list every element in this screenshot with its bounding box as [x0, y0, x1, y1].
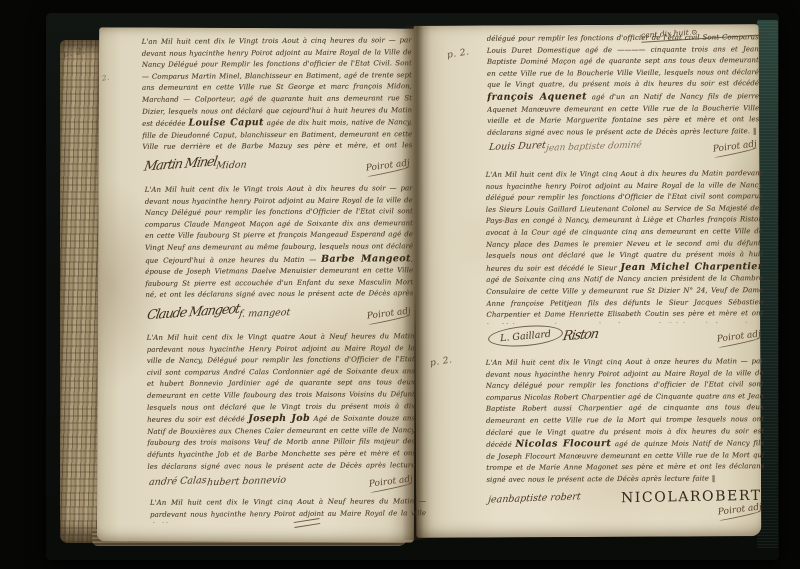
deceased-name: françois Aquenet [487, 91, 587, 103]
signature: jean baptiste dominé [545, 141, 642, 154]
entry-text-run: L'An Mil huit cent dix le Vingt cinq Aou… [150, 497, 426, 523]
deceased-name: Jean Michel Charpentier [620, 261, 763, 273]
entry-text-run: L'An Mil huit cent dix le Vingt cinq Aou… [486, 357, 764, 449]
entry-text: L'an Mil huit cent dix le Vingt trois Ao… [142, 35, 413, 155]
entry-text: L'An Mil huit cent dix le Vingt cinq Aou… [486, 356, 765, 486]
entry-text-run: L'an Mil huit cent dix le Vingt trois Ao… [142, 36, 412, 128]
entry-text-run: L'An Mil huit cent dix le Vingt quatre A… [147, 332, 415, 424]
death-record-entry: L'An Mil huit cent dix le Vingt cinq Aou… [486, 169, 763, 346]
deceased-name: Joseph Job [248, 413, 310, 424]
signature: L. Gaillard [487, 323, 563, 349]
signature-row: L. GaillardRistonPoirot adj [486, 326, 763, 346]
death-record-entry: L'An Mil huit cent dix le Vingt quatre A… [147, 332, 415, 489]
entry-text: L'An Mil huit cent dix le Vingt cinq Aou… [486, 168, 764, 324]
death-record-entry: délégué pour remplir les fonctions d'off… [487, 33, 759, 154]
signature: Martin Minel [143, 154, 218, 174]
photo-of-open-register: p. 2. 2. p. 2. p. 2. cent dix huit ⊙ L'a… [0, 0, 800, 569]
entry-text-run: délégué pour remplir les fonctions d'off… [487, 33, 759, 89]
signature: Claude Mangeot [146, 302, 241, 324]
entry-text: L'An Mil huit cent dix le Vingt quatre A… [147, 331, 416, 474]
deceased-name: Barbe Mangeot [321, 253, 411, 265]
death-record-entry: L'An Mil huit cent dix le Vingt cinq Aou… [486, 357, 764, 517]
signature: hubert bonnevio [206, 475, 286, 489]
signature: andré Calas [148, 475, 207, 488]
signature-row: jeanbaptiste robertNICOLAROBERTPoirot ad… [486, 489, 764, 517]
signature-row: Louis Duretjean baptiste dominéPoirot ad… [487, 141, 759, 154]
signature: Midon [216, 159, 248, 171]
signature: Riston [562, 327, 599, 345]
left-margin-mark-small: 2. [101, 73, 110, 82]
entry-text: L'An Mil huit cent dix le Vingt cinq Aou… [150, 496, 426, 523]
deceased-name: Nicolas Flocourt [515, 438, 611, 450]
death-record-entry: L'An Mil huit cent dix le Vingt trois Ao… [145, 184, 413, 321]
signature: Louis Duret [488, 140, 546, 153]
entry-text: L'An Mil huit cent dix le Vingt trois Ao… [145, 183, 414, 303]
signature: jeanbaptiste robert [487, 491, 581, 505]
entry-text-run: agé de Soixante cinq ans Natif de Nancy … [486, 274, 763, 323]
signature-row: Martin MinelMidonPoirot adj [142, 157, 412, 173]
signature: NICOLAROBERT [621, 487, 762, 505]
death-record-entry: L'an Mil huit cent dix le Vingt trois Ao… [142, 36, 412, 173]
death-record-entry: L'An Mil huit cent dix le Vingt cinq Aou… [150, 497, 426, 522]
entry-text-run: L'An Mil huit cent dix le Vingt cinq Aou… [486, 169, 764, 272]
signature: Poirot adj [716, 329, 761, 346]
signature: f. mangeot [238, 307, 291, 320]
signature-row: andré Calashubert bonnevioPoirot adj [147, 476, 415, 489]
entry-text: délégué pour remplir les fonctions d'off… [487, 32, 760, 139]
signature-row: Claude Mangeotf. mangeotPoirot adj [145, 305, 413, 321]
deceased-name: Louise Caput [188, 117, 263, 128]
